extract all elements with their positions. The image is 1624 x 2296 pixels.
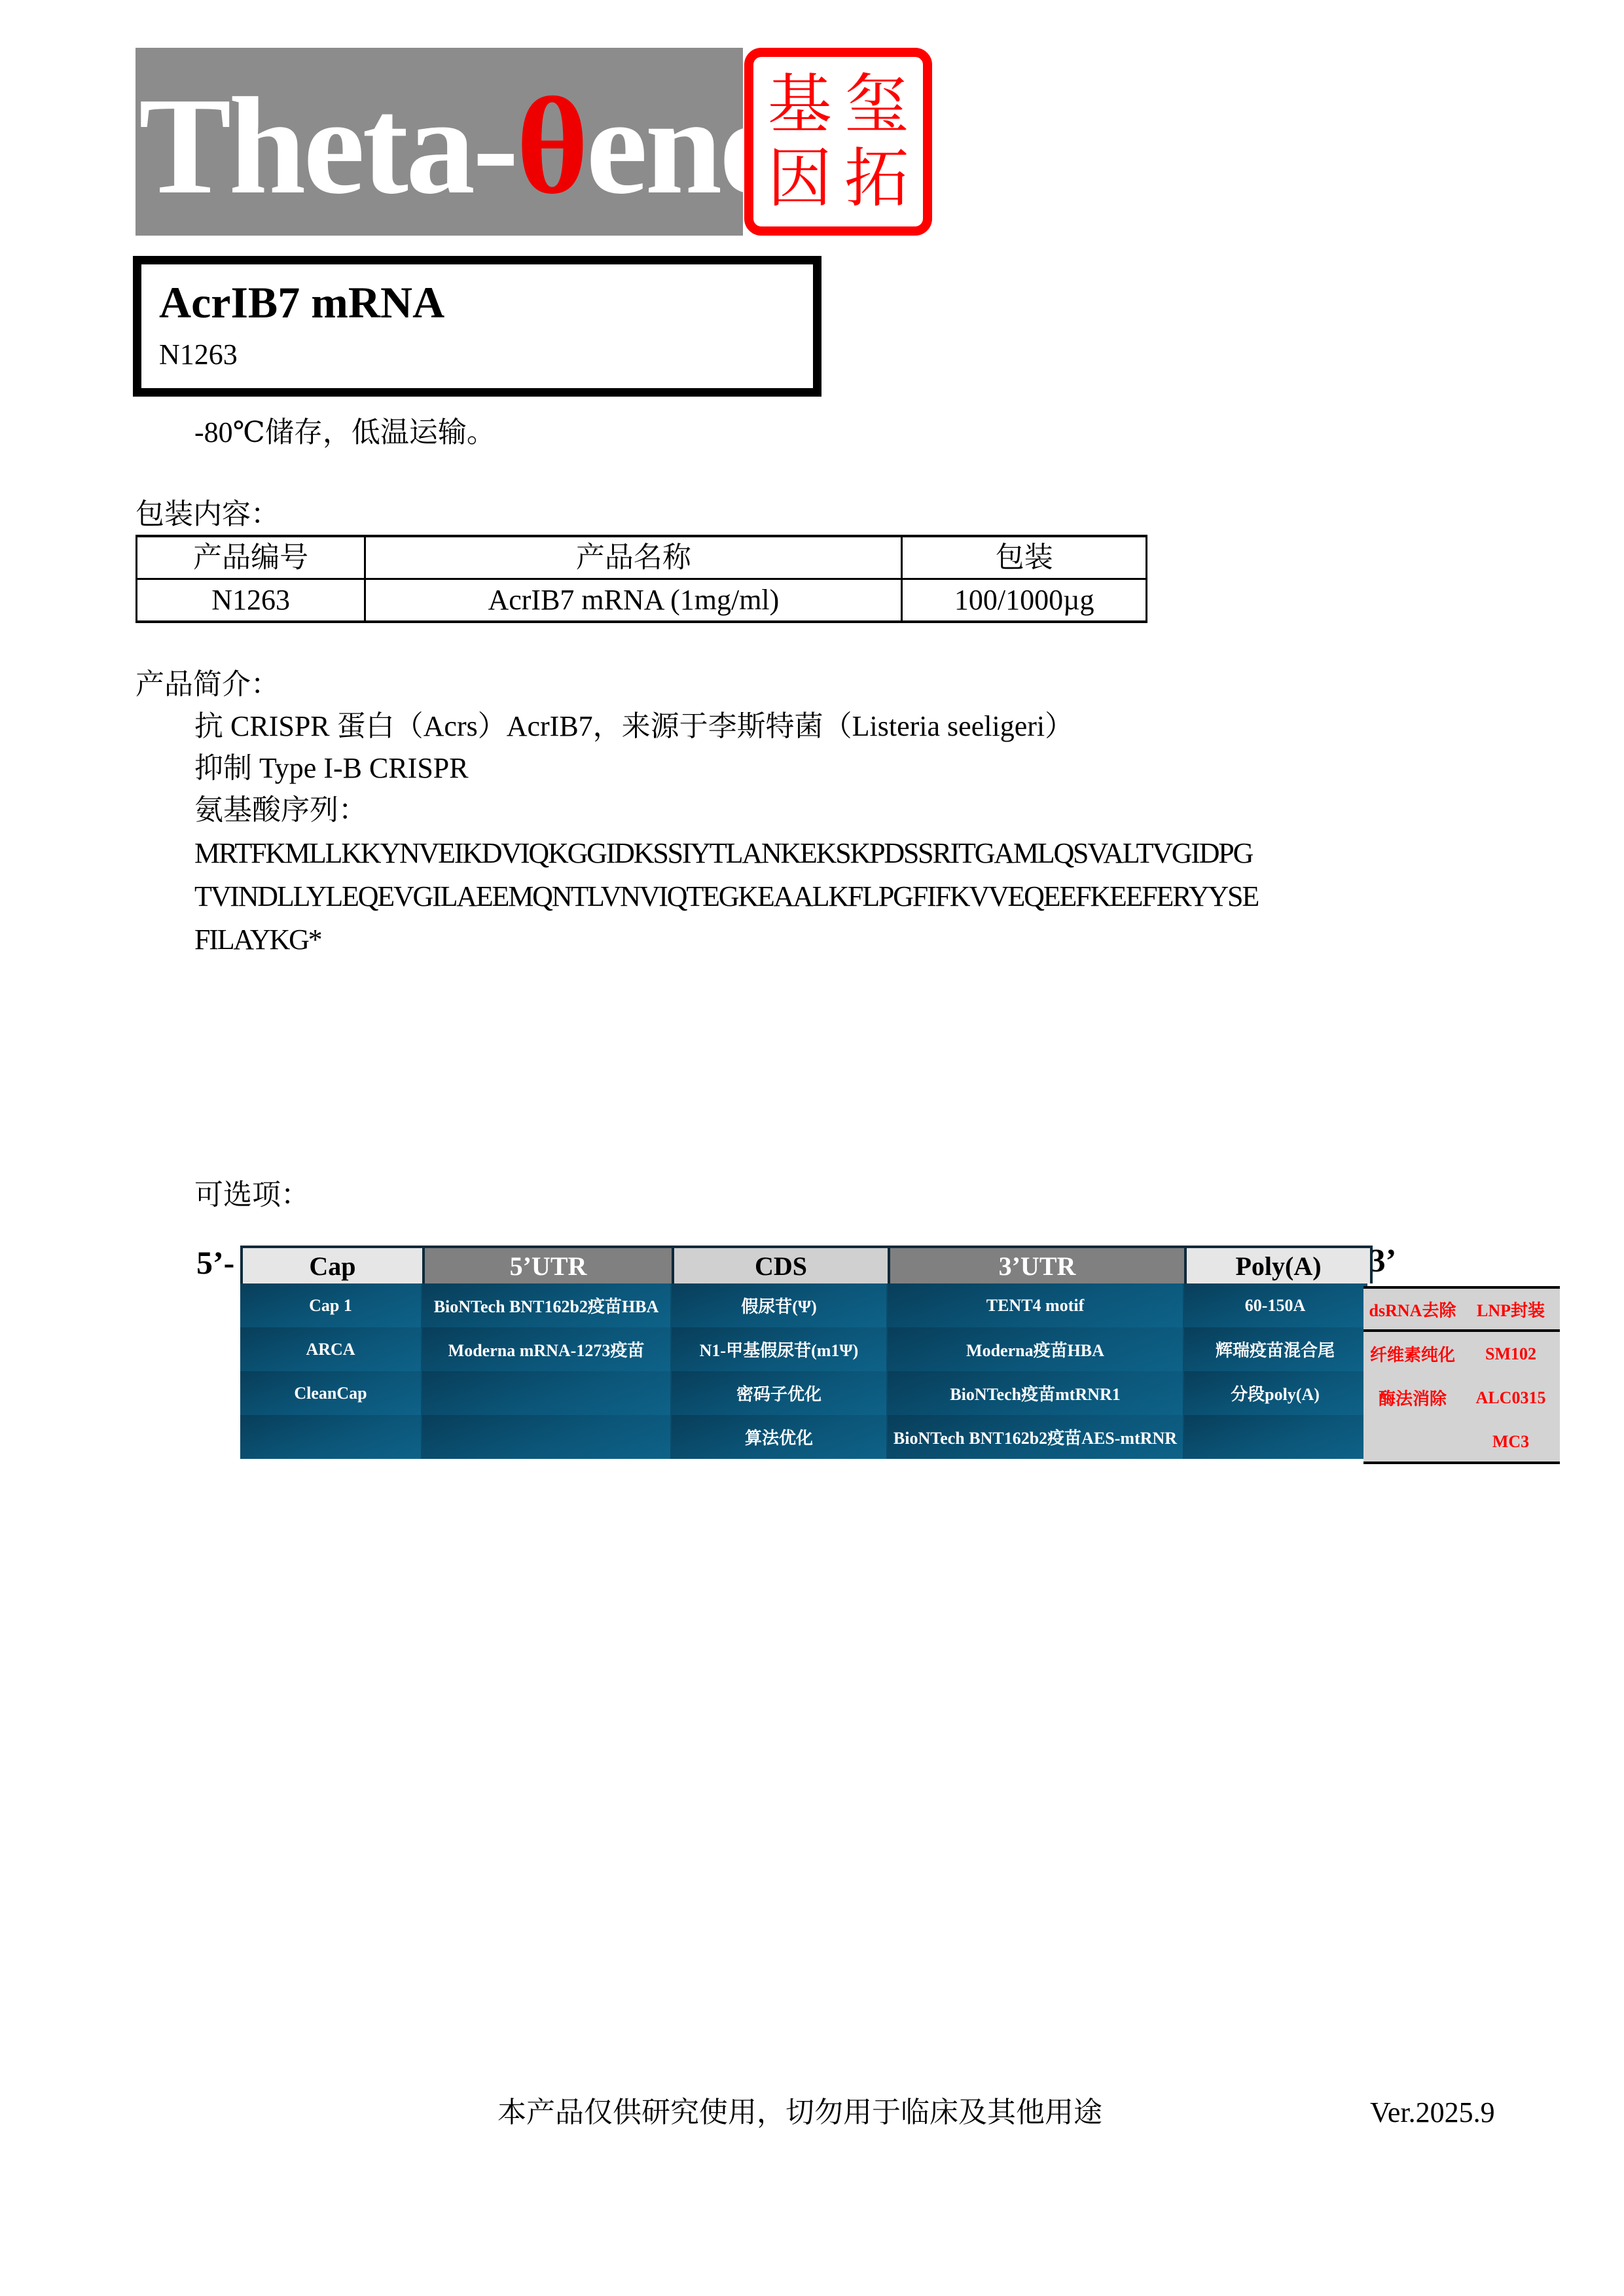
- option-cell: TENT4 motif: [888, 1283, 1184, 1327]
- logo-theta-glyph: θ: [516, 69, 586, 223]
- sequence-line: FILAYKG*: [194, 923, 321, 958]
- extras-grid: dsRNA去除LNP封装纤维素纯化SM102酶法消除ALC0315MC3: [1363, 1286, 1560, 1463]
- intro-section-label: 产品简介：: [135, 668, 280, 702]
- option-cell: BioNTech疫苗mtRNR1: [888, 1371, 1184, 1415]
- table-header-cell: 产品名称: [365, 536, 902, 579]
- column-header-3: 3’UTR: [890, 1248, 1184, 1283]
- option-cell: Moderna mRNA-1273疫苗: [422, 1327, 672, 1371]
- option-cell: CleanCap: [240, 1371, 422, 1415]
- storage-note: -80℃储存，低温运输。: [194, 416, 496, 450]
- option-cell: 辉瑞疫苗混合尾: [1184, 1327, 1367, 1371]
- option-cell: 分段poly(A): [1184, 1371, 1367, 1415]
- five-prime-label: 5’-: [196, 1246, 234, 1279]
- table-cell: AcrIB7 mRNA (1mg/ml): [365, 579, 902, 622]
- intro-description: 抗 CRISPR 蛋白（Acrs）AcrIB7，来源于李斯特菌（Listeria…: [194, 709, 1074, 744]
- options-section-label: 可选项：: [194, 1178, 310, 1213]
- logo-wordmark: Theta-θene: [139, 58, 778, 234]
- column-header-2: CDS: [674, 1248, 888, 1283]
- logo-text-theta: Theta-: [139, 69, 516, 223]
- option-cell: 算法优化: [672, 1415, 888, 1459]
- sequence-label: 氨基酸序列：: [194, 793, 367, 828]
- purification-option: [1363, 1420, 1462, 1463]
- product-name: AcrIB7 mRNA: [159, 280, 444, 325]
- options-header-row: Cap5’UTRCDS3’UTRPoly(A): [240, 1246, 1373, 1283]
- option-cell: N1-甲基假尿苷(m1Ψ): [672, 1327, 888, 1371]
- table-row: N1263 AcrIB7 mRNA (1mg/ml) 100/1000µg: [137, 579, 1147, 622]
- purification-option: 纤维素纯化: [1363, 1332, 1462, 1376]
- purification-option: dsRNA去除: [1363, 1286, 1462, 1332]
- table-cell: 100/1000µg: [902, 579, 1147, 622]
- option-cell: 60-150A: [1184, 1283, 1367, 1327]
- option-cell: 假尿苷(Ψ): [672, 1283, 888, 1327]
- option-cell: [422, 1371, 672, 1415]
- package-table: 产品编号 产品名称 包装 N1263 AcrIB7 mRNA (1mg/ml) …: [135, 535, 1147, 623]
- option-cell: BioNTech BNT162b2疫苗AES-mtRNR: [888, 1415, 1184, 1459]
- sequence-line: TVINDLLYLEQEVGILAEEMQNTLVNVIQTEGKEAALKFL…: [194, 880, 1258, 914]
- package-section-label: 包装内容：: [135, 497, 280, 532]
- lnp-option: MC3: [1462, 1420, 1560, 1463]
- purification-option: 酶法消除: [1363, 1376, 1462, 1420]
- table-cell: N1263: [137, 579, 365, 622]
- footer-disclaimer: 本产品仅供研究使用，切勿用于临床及其他用途: [497, 2096, 1102, 2130]
- seal-char: 玺: [839, 67, 916, 142]
- option-cell: BioNTech BNT162b2疫苗HBA: [422, 1283, 672, 1327]
- lnp-option: ALC0315: [1462, 1376, 1560, 1420]
- option-cell: Cap 1: [240, 1283, 422, 1327]
- lnp-option: LNP封装: [1462, 1286, 1560, 1332]
- option-cell: 密码子优化: [672, 1371, 888, 1415]
- seal-char: 拓: [839, 142, 916, 217]
- table-header-cell: 包装: [902, 536, 1147, 579]
- column-header-1: 5’UTR: [425, 1248, 672, 1283]
- column-header-0: Cap: [243, 1248, 422, 1283]
- option-cell: ARCA: [240, 1327, 422, 1371]
- product-code: N1263: [159, 340, 238, 369]
- lnp-option: SM102: [1462, 1332, 1560, 1376]
- table-header-cell: 产品编号: [137, 536, 365, 579]
- seal-char: 因: [761, 142, 839, 217]
- column-header-4: Poly(A): [1187, 1248, 1370, 1283]
- option-cell: Moderna疫苗HBA: [888, 1327, 1184, 1371]
- intro-inhibition: 抑制 Type I-B CRISPR: [194, 751, 469, 786]
- option-cell: [240, 1415, 422, 1459]
- footer-version: Ver.2025.9: [1370, 2096, 1495, 2130]
- seal-char: 基: [761, 67, 839, 142]
- sequence-line: MRTFKMLLKKYNVEIKDVIQKGGIDKSSIYTLANKEKSKP…: [194, 836, 1252, 871]
- option-cell: [1184, 1415, 1367, 1459]
- logo-seal: 基 玺 因 拓: [744, 48, 932, 236]
- table-header-row: 产品编号 产品名称 包装: [137, 536, 1147, 579]
- options-grid: Cap 1BioNTech BNT162b2疫苗HBA假尿苷(Ψ)TENT4 m…: [240, 1283, 1367, 1459]
- option-cell: [422, 1415, 672, 1459]
